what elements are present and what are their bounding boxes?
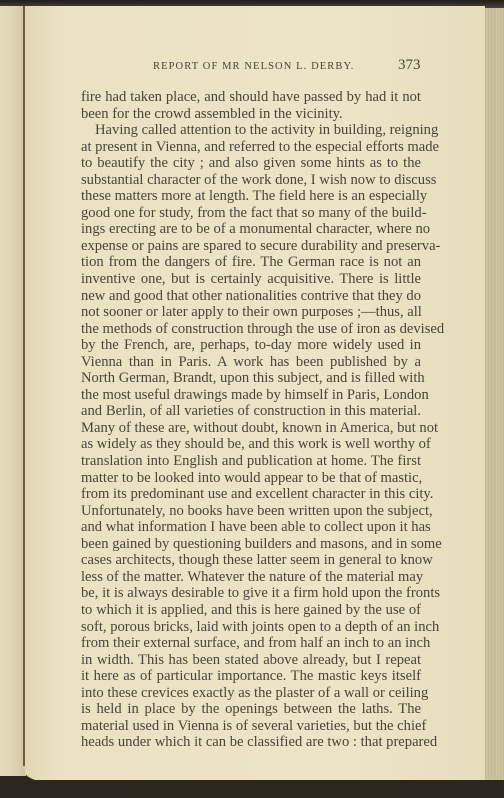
- text-line: the most useful drawings made by himself…: [81, 387, 421, 404]
- scan-bottom-edge: [0, 780, 504, 798]
- text-line: less of the matter. Whatever the nature …: [81, 569, 421, 586]
- text-line: material used in Vienna is of several va…: [81, 718, 421, 735]
- text-line: soft, porous bricks, laid with joints op…: [81, 619, 421, 636]
- text-line: as widely as they should be, and this wo…: [81, 436, 421, 453]
- text-line: translation into English and publication…: [81, 453, 421, 470]
- text-line: Having called attention to the activity …: [81, 122, 421, 139]
- text-line: to beautify the city ; and also given so…: [81, 155, 421, 172]
- page-stack-edges: [485, 8, 504, 780]
- text-line: and what information I have been able to…: [81, 519, 421, 536]
- text-line: substantial character of the work done, …: [81, 172, 421, 189]
- text-line: and Berlin, of all varieties of construc…: [81, 403, 421, 420]
- text-line: be, it is always desirable to give it a …: [81, 585, 421, 602]
- text-line: been for the crowd assembled in the vici…: [81, 106, 421, 123]
- body-text: fire had taken place, and should have pa…: [81, 89, 421, 751]
- text-line: from their external surface, and from ha…: [81, 635, 421, 652]
- text-line: at present in Vienna, and referred to th…: [81, 139, 421, 156]
- text-line: matter to be looked into would appear to…: [81, 470, 421, 487]
- text-line: ings erecting are to be of a monumental …: [81, 221, 421, 238]
- page-number: 373: [398, 57, 421, 74]
- running-head: REPORT OF MR NELSON L. DERBY.: [153, 61, 355, 72]
- text-line: from its predominant use and excellent c…: [81, 486, 421, 503]
- text-line: Unfortunately, no books have been writte…: [81, 503, 421, 520]
- text-line: new and good that other nationalities co…: [81, 288, 421, 305]
- text-line: these matters more at length. The field …: [81, 188, 421, 205]
- text-line: tion from the dangers of fire. The Germa…: [81, 254, 421, 271]
- text-line: inventive one, but is certainly acquisit…: [81, 271, 421, 288]
- text-line: heads under which it can be classified a…: [81, 734, 421, 751]
- text-line: Many of these are, without doubt, known …: [81, 420, 421, 437]
- text-line: in width. This has been stated above alr…: [81, 652, 421, 669]
- text-line: is held in place by the openings between…: [81, 701, 421, 718]
- text-line: not sooner or later apply to their own p…: [81, 304, 421, 321]
- text-line: cases architects, though these latter se…: [81, 552, 421, 569]
- text-line: North German, Brandt, upon this subject,…: [81, 370, 421, 387]
- text-line: good one for study, from the fact that s…: [81, 205, 421, 222]
- text-line: Vienna than in Paris. A work has been pu…: [81, 354, 421, 371]
- gutter-fold: [23, 6, 25, 766]
- text-line: by the French, are, perhaps, to-day more…: [81, 337, 421, 354]
- text-line: expense or pains are spared to secure du…: [81, 238, 421, 255]
- text-line: the methods of construction through the …: [81, 321, 421, 338]
- text-line: fire had taken place, and should have pa…: [81, 89, 421, 106]
- text-line: been gained by questioning builders and …: [81, 536, 421, 553]
- text-line: to which it is applied, and this is here…: [81, 602, 421, 619]
- text-line: into these crevices exactly as the plast…: [81, 685, 421, 702]
- text-line: it here as of particular importance. The…: [81, 668, 421, 685]
- page-header: REPORT OF MR NELSON L. DERBY. 373: [25, 57, 485, 77]
